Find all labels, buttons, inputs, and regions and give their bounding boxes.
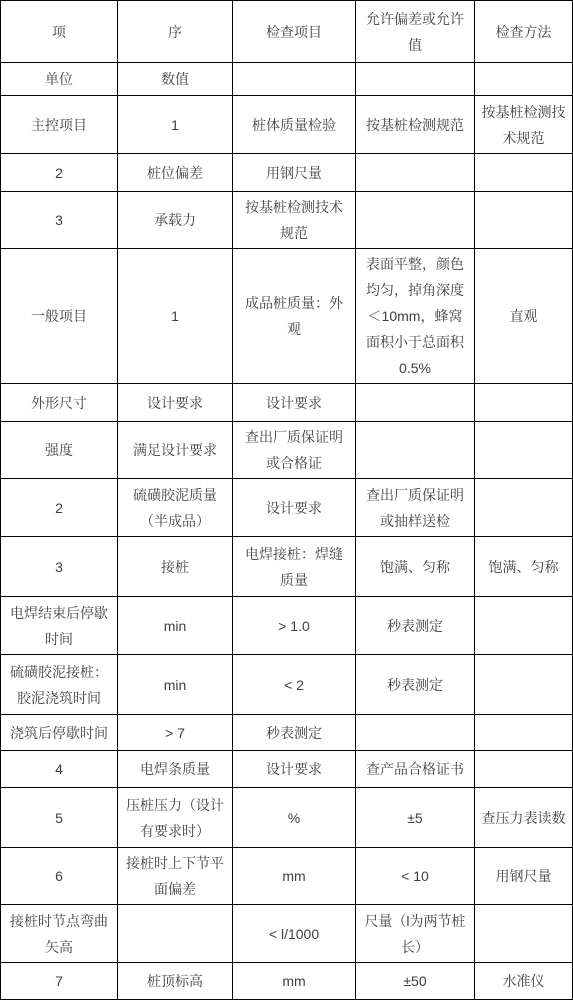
table-cell: 数值 [118,63,233,96]
table-row: 一般项目 1 成品桩质量：外观 表面平整，颜色均匀，掉角深度＜10mm，蜂窝面积… [1,249,573,384]
table-cell: 5 [1,788,118,848]
table-cell: 硫磺胶泥质量（半成品） [118,479,233,537]
table-cell: 饱满、匀称 [475,537,573,597]
table-cell: 直观 [475,249,573,384]
document-page: 项 序 检查项目 允许偏差或允许值 检查方法 单位 数值 主控项目 1 桩体质量… [0,0,573,1000]
table-cell: 浇筑后停歇时间 [1,715,118,751]
table-cell: 2 [1,479,118,537]
table-row: 硫磺胶泥接桩：胶泥浇筑时间 min < 2 秒表测定 [1,655,573,715]
table-cell: 接桩时节点弯曲矢高 [1,905,118,963]
table-row: 2 硫磺胶泥质量（半成品） 设计要求 查出厂质保证明或抽样送检 [1,479,573,537]
table-cell: min [118,655,233,715]
table-cell: 强度 [1,422,118,479]
table-cell: 4 [1,751,118,788]
table-cell [118,905,233,963]
table-row: 主控项目 1 桩体质量检验 按基桩检测规范 按基桩检测技术规范 [1,96,573,154]
table-header-row: 项 序 检查项目 允许偏差或允许值 检查方法 [1,1,573,63]
table-cell: 设计要求 [233,751,356,788]
table-cell [233,63,356,96]
table-row: 单位 数值 [1,63,573,96]
table-cell [475,905,573,963]
table-cell: 设计要求 [233,479,356,537]
table-cell [475,479,573,537]
header-cell: 检查方法 [475,1,573,63]
header-cell: 项 [1,1,118,63]
table-cell: 2 [1,154,118,192]
table-row: 5 压桩压力（设计有要求时） % ±5 查压力表读数 [1,788,573,848]
table-cell: min [118,597,233,655]
table-row: 3 承载力 按基桩检测技术规范 [1,192,573,249]
table-cell: % [233,788,356,848]
table-cell: 1 [118,249,233,384]
table-cell: 用钢尺量 [475,848,573,905]
table-cell: 电焊条质量 [118,751,233,788]
table-cell: 一般项目 [1,249,118,384]
table-row: 接桩时节点弯曲矢高 < l/1000 尺量（l为两节桩长） [1,905,573,963]
table-cell: 接桩时上下节平面偏差 [118,848,233,905]
inspection-table: 项 序 检查项目 允许偏差或允许值 检查方法 单位 数值 主控项目 1 桩体质量… [0,0,573,1000]
table-cell [475,192,573,249]
table-cell: 秒表测定 [356,597,475,655]
table-row: 强度 满足设计要求 查出厂质保证明或合格证 [1,422,573,479]
table-row: 浇筑后停歇时间 > 7 秒表测定 [1,715,573,751]
table-row: 3 接桩 电焊接桩：焊缝质量 饱满、匀称 饱满、匀称 [1,537,573,597]
table-cell: 秒表测定 [356,655,475,715]
table-cell: < 10 [356,848,475,905]
table-cell: 3 [1,192,118,249]
table-cell: 查压力表读数 [475,788,573,848]
table-cell: 设计要求 [118,384,233,422]
table-cell [356,422,475,479]
table-cell [356,192,475,249]
table-cell: 秒表测定 [233,715,356,751]
table-cell: 满足设计要求 [118,422,233,479]
table-row: 电焊结束后停歇时间 min > 1.0 秒表测定 [1,597,573,655]
table-cell: 硫磺胶泥接桩：胶泥浇筑时间 [1,655,118,715]
table-cell: 查产品合格证书 [356,751,475,788]
table-cell: 尺量（l为两节桩长） [356,905,475,963]
table-cell: 用钢尺量 [233,154,356,192]
table-cell: 6 [1,848,118,905]
table-cell [475,384,573,422]
table-cell: 接桩 [118,537,233,597]
table-cell: 1 [118,96,233,154]
header-cell: 检查项目 [233,1,356,63]
table-cell: 外形尺寸 [1,384,118,422]
table-cell: 电焊接桩：焊缝质量 [233,537,356,597]
table-cell: 单位 [1,63,118,96]
table-cell [475,715,573,751]
table-row: 4 电焊条质量 设计要求 查产品合格证书 [1,751,573,788]
table-cell [475,751,573,788]
table-cell: 查出厂质保证明或合格证 [233,422,356,479]
table-cell [475,597,573,655]
table-row: 外形尺寸 设计要求 设计要求 [1,384,573,422]
table-cell: < l/1000 [233,905,356,963]
table-cell: 3 [1,537,118,597]
table-cell [475,63,573,96]
table-cell: 按基桩检测技术规范 [233,192,356,249]
table-cell [356,715,475,751]
header-cell: 允许偏差或允许值 [356,1,475,63]
table-cell [475,154,573,192]
table-cell: > 7 [118,715,233,751]
table-cell [356,384,475,422]
table-cell: 按基桩检测规范 [356,96,475,154]
table-cell: mm [233,848,356,905]
table-cell: 承载力 [118,192,233,249]
table-cell: 设计要求 [233,384,356,422]
table-cell: 按基桩检测技术规范 [475,96,573,154]
table-cell: < 2 [233,655,356,715]
table-cell: 桩位偏差 [118,154,233,192]
table-row: 6 接桩时上下节平面偏差 mm < 10 用钢尺量 [1,848,573,905]
table-cell: 成品桩质量：外观 [233,249,356,384]
header-cell: 序 [118,1,233,63]
table-cell: ±5 [356,788,475,848]
table-cell [475,655,573,715]
table-cell [475,422,573,479]
table-cell: 桩体质量检验 [233,96,356,154]
table-cell: 表面平整，颜色均匀，掉角深度＜10mm，蜂窝面积小于总面积0.5% [356,249,475,384]
table-cell: > 1.0 [233,597,356,655]
table-cell: 主控项目 [1,96,118,154]
table-cell: 电焊结束后停歇时间 [1,597,118,655]
table-cell [356,63,475,96]
table-cell: 饱满、匀称 [356,537,475,597]
table-cell [356,154,475,192]
table-cell: 压桩压力（设计有要求时） [118,788,233,848]
table-row: 2 桩位偏差 用钢尺量 [1,154,573,192]
table-cell: 查出厂质保证明或抽样送检 [356,479,475,537]
